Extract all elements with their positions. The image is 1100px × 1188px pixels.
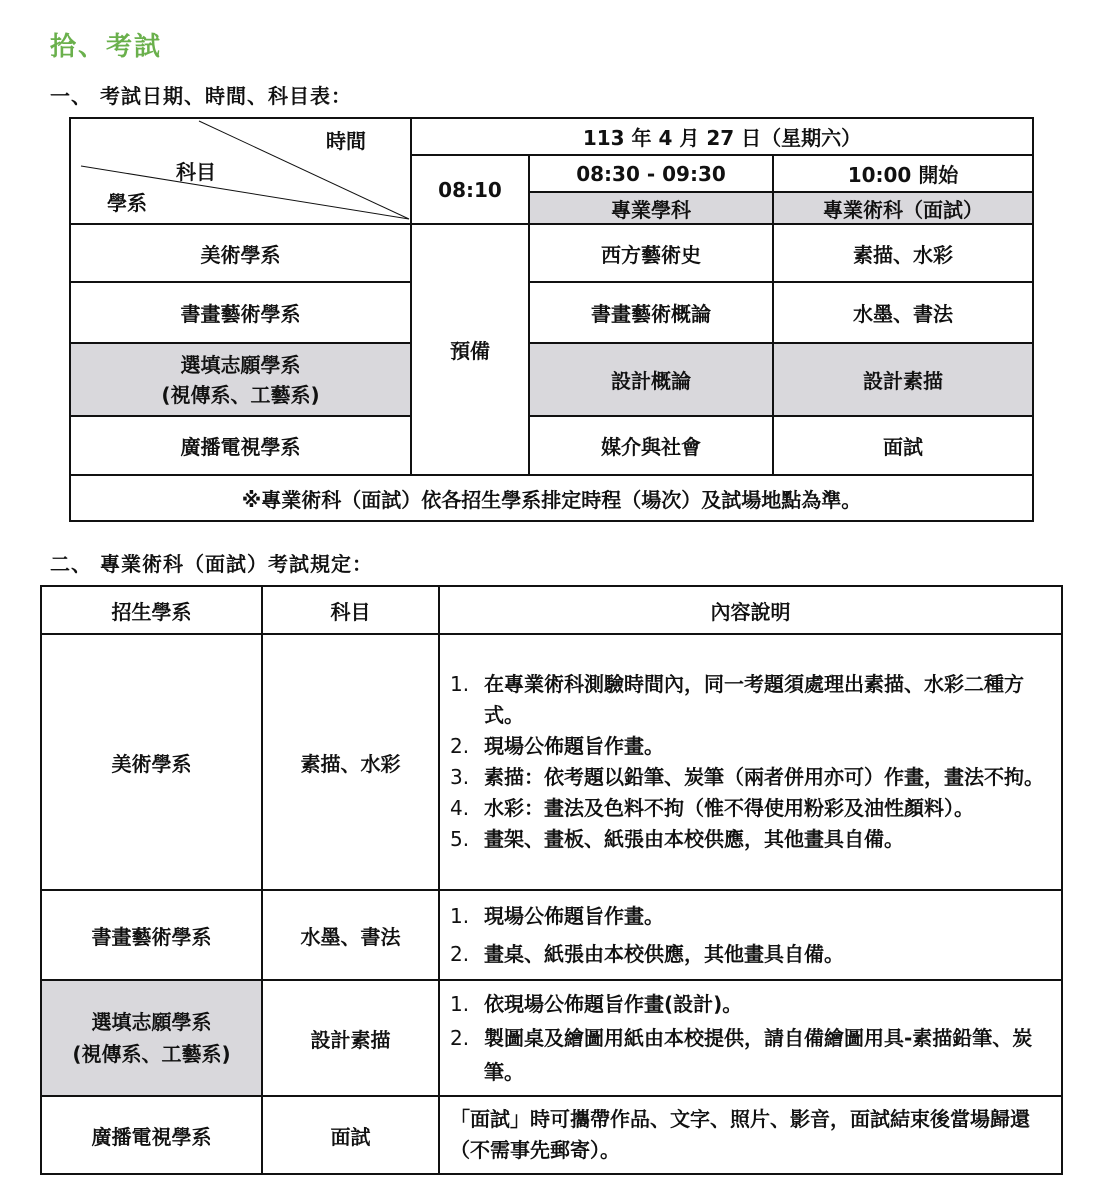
corner-time-label: 時間 [326, 125, 366, 154]
written-subject: 媒介與社會 [529, 416, 773, 475]
rule-item: 2.畫桌、紙張由本校供應，其他畫具自備。 [450, 935, 1051, 973]
corner-header-cell: 時間 科目 學系 [70, 118, 411, 224]
subject-name: 水墨、書法 [262, 890, 439, 980]
dept-name-line1: 選填志願學系 [42, 1006, 261, 1038]
dept-name: 美術學系 [41, 634, 262, 890]
corner-subject-label: 科目 [176, 156, 216, 185]
table-row: 美術學系 預備 西方藝術史 素描、水彩 [70, 224, 1033, 282]
header-desc: 內容說明 [439, 586, 1062, 634]
table-row: 書畫藝術學系 書畫藝術概論 水墨、書法 [70, 282, 1033, 343]
dept-name-line1: 選填志願學系 [71, 350, 410, 380]
header-dept: 招生學系 [41, 586, 262, 634]
table-row: 美術學系 素描、水彩 1.在專業術科測驗時間內，同一考題須處理出素描、水彩二種方… [41, 634, 1062, 890]
rule-description: 1.依現場公佈題旨作畫(設計)。 2.製圖桌及繪圖用紙由本校提供，請自備繪圖用具… [439, 980, 1062, 1096]
practical-subject: 面試 [773, 416, 1033, 475]
rule-description: 1.現場公佈題旨作畫。 2.畫桌、紙張由本校供應，其他畫具自備。 [439, 890, 1062, 980]
dept-name: 書畫藝術學系 [41, 890, 262, 980]
practical-rules-table: 招生學系 科目 內容說明 美術學系 素描、水彩 1.在專業術科測驗時間內，同一考… [40, 585, 1063, 1175]
table-row: 書畫藝術學系 水墨、書法 1.現場公佈題旨作畫。 2.畫桌、紙張由本校供應，其他… [41, 890, 1062, 980]
dept-name: 廣播電視學系 [41, 1096, 262, 1174]
dept-name: 美術學系 [70, 224, 411, 282]
written-label: 專業學科 [529, 192, 773, 224]
rule-item: 3.素描：依考題以鉛筆、炭筆（兩者併用亦可）作畫，畫法不拘。 [450, 762, 1051, 793]
rule-item: 1.現場公佈題旨作畫。 [450, 897, 1051, 935]
written-time: 08:30 - 09:30 [529, 155, 773, 192]
dept-name-line2: (視傳系、工藝系) [42, 1038, 261, 1070]
dept-name: 選填志願學系 (視傳系、工藝系) [70, 343, 411, 416]
written-subject: 書畫藝術概論 [529, 282, 773, 343]
prep-time: 08:10 [411, 155, 529, 224]
rule-item: 2.製圖桌及繪圖用紙由本校提供，請自備繪圖用具-素描鉛筆、炭筆。 [450, 1021, 1051, 1089]
rule-item: 4.水彩：畫法及色料不拘（惟不得使用粉彩及油性顏料）。 [450, 793, 1051, 824]
rule-item: 1.在專業術科測驗時間內，同一考題須處理出素描、水彩二種方式。 [450, 669, 1051, 731]
practical-time: 10:00 開始 [773, 155, 1033, 192]
rules-heading: 二、 專業術科（面試）考試規定： [50, 548, 373, 577]
table-row: 選填志願學系 (視傳系、工藝系) 設計概論 設計素描 [70, 343, 1033, 416]
section-title: 拾、考試 [50, 26, 162, 63]
practical-subject: 素描、水彩 [773, 224, 1033, 282]
subject-name: 面試 [262, 1096, 439, 1174]
schedule-note: ※專業術科（面試）依各招生學系排定時程（場次）及試場地點為準。 [70, 475, 1033, 521]
table-row: 廣播電視學系 面試 「面試」時可攜帶作品、文字、照片、影音，面試結束後當場歸還（… [41, 1096, 1062, 1174]
rule-item: 2.現場公佈題旨作畫。 [450, 731, 1051, 762]
schedule-heading: 一、 考試日期、時間、科目表： [50, 80, 352, 109]
practical-subject: 設計素描 [773, 343, 1033, 416]
table-row: 選填志願學系 (視傳系、工藝系) 設計素描 1.依現場公佈題旨作畫(設計)。 2… [41, 980, 1062, 1096]
subject-name: 素描、水彩 [262, 634, 439, 890]
header-subject: 科目 [262, 586, 439, 634]
dept-name: 書畫藝術學系 [70, 282, 411, 343]
corner-dept-label: 學系 [107, 187, 147, 216]
exam-schedule-table: 時間 科目 學系 113 年 4 月 27 日（星期六） 08:10 08:30… [69, 117, 1034, 522]
rule-description: 1.在專業術科測驗時間內，同一考題須處理出素描、水彩二種方式。 2.現場公佈題旨… [439, 634, 1062, 890]
subject-name: 設計素描 [262, 980, 439, 1096]
dept-name-line2: (視傳系、工藝系) [71, 380, 410, 410]
rule-item: 5.畫架、畫板、紙張由本校供應，其他畫具自備。 [450, 824, 1051, 855]
rule-text: 「面試」時可攜帶作品、文字、照片、影音，面試結束後當場歸還（不需事先郵寄）。 [450, 1104, 1051, 1166]
dept-name: 選填志願學系 (視傳系、工藝系) [41, 980, 262, 1096]
exam-date: 113 年 4 月 27 日（星期六） [411, 118, 1033, 155]
practical-subject: 水墨、書法 [773, 282, 1033, 343]
written-subject: 設計概論 [529, 343, 773, 416]
rule-description: 「面試」時可攜帶作品、文字、照片、影音，面試結束後當場歸還（不需事先郵寄）。 [439, 1096, 1062, 1174]
dept-name: 廣播電視學系 [70, 416, 411, 475]
prep-label: 預備 [411, 224, 529, 475]
written-subject: 西方藝術史 [529, 224, 773, 282]
table-row: 廣播電視學系 媒介與社會 面試 [70, 416, 1033, 475]
practical-label: 專業術科（面試） [773, 192, 1033, 224]
rule-item: 1.依現場公佈題旨作畫(設計)。 [450, 987, 1051, 1021]
